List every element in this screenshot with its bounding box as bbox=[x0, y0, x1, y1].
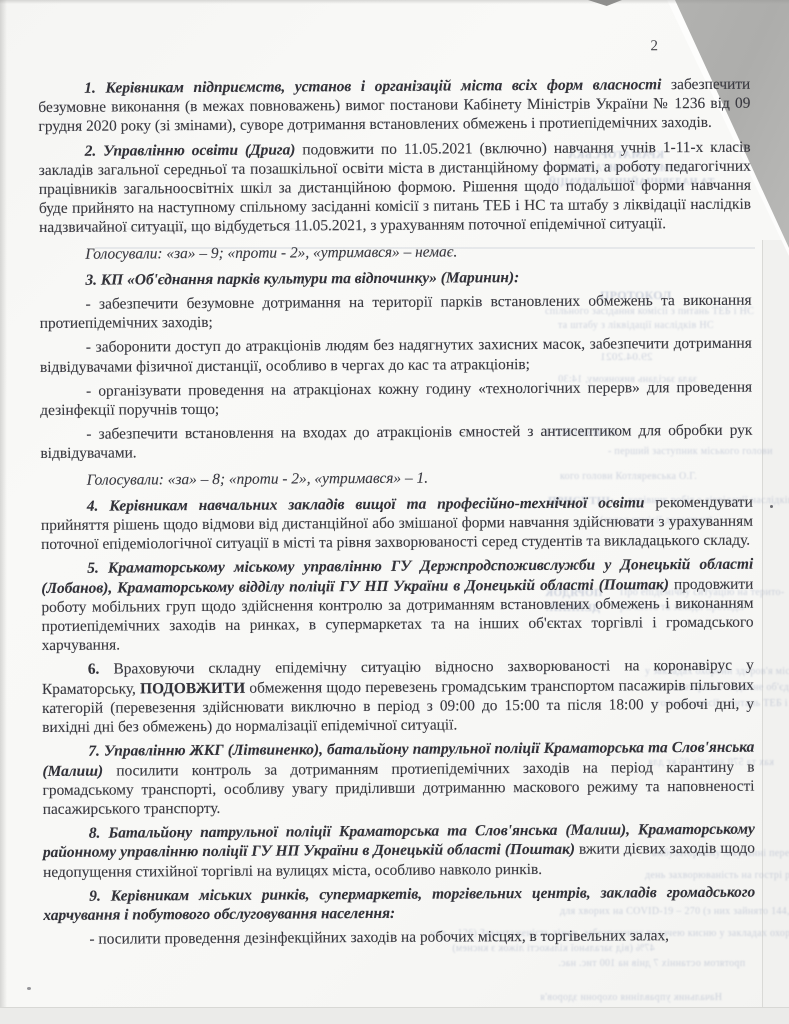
scan-bottom-edge bbox=[0, 1007, 789, 1024]
text-segment: - забезпечити встановлення на входах до … bbox=[40, 422, 752, 463]
paragraph: 6. Враховуючи складну епідемічну ситуаці… bbox=[42, 656, 754, 737]
paragraph: - забезпечити безумовне дотримання на те… bbox=[40, 291, 752, 334]
text-segment: ПОДОВЖИТИ bbox=[140, 679, 249, 697]
paragraph: - заборонити доступ до атракціонів людям… bbox=[40, 334, 752, 377]
scan-streak bbox=[95, 247, 755, 249]
paragraph: 7. Управлінню ЖКГ (Літвиненко), батальйо… bbox=[42, 738, 754, 819]
paragraph: - організувати проведення на атракціонах… bbox=[40, 377, 752, 420]
scan-speck bbox=[27, 987, 31, 990]
bleedthrough-text: протягом останніх 7 днів на 100 тис. нас… bbox=[558, 958, 745, 969]
paragraph: 4. Керівникам навчальних закладів вищої … bbox=[41, 493, 753, 555]
page-number: 2 bbox=[38, 38, 750, 59]
text-segment: 5. Краматорському міському управлінню ГУ… bbox=[41, 556, 753, 597]
text-segment: 2. Управлінню освіти (Дрига) bbox=[85, 141, 303, 159]
text-segment: 3. КП «Об'єднання парків культури та від… bbox=[85, 269, 519, 289]
text-segment: - посилити проведення дезінфекційних зах… bbox=[89, 927, 669, 948]
document-body: 2 1. Керівникам підприємств, установ і о… bbox=[38, 38, 756, 955]
paragraph: 5. Краматорському міському управлінню ГУ… bbox=[41, 555, 754, 655]
scanned-page: КРАМАТОРСЬКАКОМІСІЯ З ПИТАНЬ ТЕБТА НАДЗВ… bbox=[0, 0, 789, 1024]
text-segment: Голосували: «за» – 9; «проти - 2», «утри… bbox=[85, 243, 457, 262]
text-segment: 1. Керівникам підприємств, установ і орг… bbox=[84, 76, 671, 97]
text-segment: 4. Керівникам навчальних закладів вищої … bbox=[87, 494, 656, 514]
text-segment: Голосували: «за» – 8; «проти - 2», «утри… bbox=[87, 469, 428, 488]
bleedthrough-text: Начальник управління охорони здоров'я bbox=[540, 992, 722, 1003]
paragraph: 1. Керівникам підприємств, установ і орг… bbox=[38, 75, 750, 137]
paragraph: - посилити проведення дезінфекційних зах… bbox=[43, 926, 755, 950]
text-segment: 9. Керівникам міських ринків, супермарке… bbox=[43, 883, 755, 924]
scan-edge-shadow-left bbox=[0, 0, 7, 1024]
text-segment: - організувати проведення на атракціонах… bbox=[40, 378, 752, 419]
scan-streak bbox=[60, 228, 360, 230]
paragraph-list: 1. Керівникам підприємств, установ і орг… bbox=[38, 75, 755, 950]
vote-result-line: Голосували: «за» – 9; «проти - 2», «утри… bbox=[39, 240, 751, 264]
scan-speck bbox=[770, 505, 773, 508]
paragraph: 3. КП «Об'єднання парків культури та від… bbox=[39, 266, 751, 290]
scan-edge-shadow-top bbox=[0, 0, 789, 4]
paragraph: - забезпечити встановлення на входах до … bbox=[40, 421, 752, 464]
text-segment: посилити контроль за дотриманням протиеп… bbox=[43, 758, 755, 818]
text-segment: - забезпечити безумовне дотримання на те… bbox=[40, 292, 752, 333]
paragraph: 2. Управлінню освіти (Дрига) подовжити п… bbox=[39, 137, 752, 237]
paragraph: 8. Батальйону патрульної поліції Крамато… bbox=[43, 820, 755, 882]
vote-result-line: Голосували: «за» – 8; «проти - 2», «утри… bbox=[41, 466, 753, 490]
text-segment: - заборонити доступ до атракціонів людям… bbox=[40, 335, 752, 376]
text-segment: 6. bbox=[88, 661, 114, 678]
sheet-behind-edge bbox=[762, 240, 789, 1010]
paragraph: 9. Керівникам міських ринків, супермарке… bbox=[43, 882, 755, 925]
